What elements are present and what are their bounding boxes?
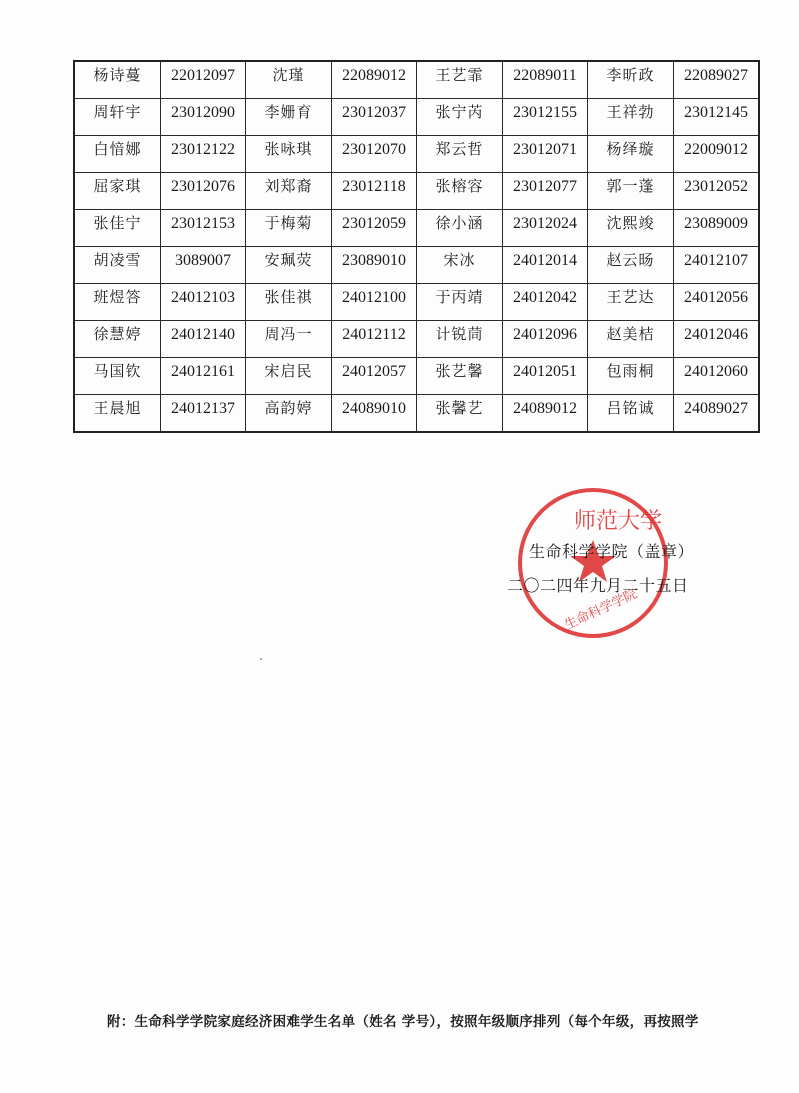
table-row: 白愔娜23012122张咏琪23012070郑云哲23012071杨绎璇2200… <box>74 136 759 173</box>
table-row: 马国钦24012161宋启民24012057张艺馨24012051包雨桐2401… <box>74 358 759 395</box>
student-id-cell: 23012024 <box>503 210 588 247</box>
footer-note: 附：生命科学学院家庭经济困难学生名单（姓名 学号），按照年级顺序排列（每个年级，… <box>107 1010 699 1030</box>
student-name-cell: 王晨旭 <box>74 395 161 433</box>
student-name: 周轩宇 <box>75 99 160 120</box>
student-id-cell: 24012107 <box>674 247 760 284</box>
student-id: 24089027 <box>674 395 758 416</box>
student-id-cell: 24012096 <box>503 321 588 358</box>
student-name-cell: 王祥勃 <box>588 99 674 136</box>
student-id-cell: 23089009 <box>674 210 760 247</box>
student-name-cell: 张榕容 <box>417 173 503 210</box>
student-id-cell: 24012042 <box>503 284 588 321</box>
student-id: 24012014 <box>503 247 587 268</box>
student-id-cell: 24012137 <box>161 395 246 433</box>
student-id-cell: 22089011 <box>503 61 588 99</box>
student-name-cell: 张宁芮 <box>417 99 503 136</box>
student-name: 于丙靖 <box>417 284 502 305</box>
student-id: 23089009 <box>674 210 758 231</box>
student-name-cell: 屈家琪 <box>74 173 161 210</box>
student-name-cell: 李姗育 <box>246 99 332 136</box>
student-id-cell: 24089012 <box>503 395 588 433</box>
student-id: 23012145 <box>674 99 758 120</box>
student-id-cell: 22009012 <box>674 136 760 173</box>
student-name: 王艺霏 <box>417 62 502 83</box>
student-name: 李姗育 <box>246 99 331 120</box>
student-id-cell: 23089010 <box>332 247 417 284</box>
scan-speck <box>260 658 262 660</box>
student-id-cell: 22012097 <box>161 61 246 99</box>
student-id-cell: 24012046 <box>674 321 760 358</box>
student-id: 24012137 <box>161 395 245 416</box>
student-id: 24012112 <box>332 321 416 342</box>
student-name-cell: 张佳宁 <box>74 210 161 247</box>
student-id: 23089010 <box>332 247 416 268</box>
student-name-cell: 张咏琪 <box>246 136 332 173</box>
student-name-cell: 刘郑裔 <box>246 173 332 210</box>
student-id-cell: 24089010 <box>332 395 417 433</box>
student-id: 23012153 <box>161 210 245 231</box>
student-id-cell: 24012161 <box>161 358 246 395</box>
student-name: 计锐茼 <box>417 321 502 342</box>
student-roster-table: 杨诗蔓22012097沈瑾22089012王艺霏22089011李昕政22089… <box>73 60 760 433</box>
table-row: 杨诗蔓22012097沈瑾22089012王艺霏22089011李昕政22089… <box>74 61 759 99</box>
student-name: 宋启民 <box>246 358 331 379</box>
student-name: 杨诗蔓 <box>75 62 160 83</box>
signing-date: 二〇二四年九月二十五日 <box>507 569 737 603</box>
student-name-cell: 李昕政 <box>588 61 674 99</box>
student-name: 张咏琪 <box>246 136 331 157</box>
student-id: 24012096 <box>503 321 587 342</box>
student-name: 屈家琪 <box>75 173 160 194</box>
student-id: 22012097 <box>161 62 245 83</box>
student-id-cell: 23012145 <box>674 99 760 136</box>
student-id-cell: 22089012 <box>332 61 417 99</box>
student-id-cell: 23012090 <box>161 99 246 136</box>
student-name: 张榕容 <box>417 173 502 194</box>
student-id-cell: 24012100 <box>332 284 417 321</box>
student-name: 张宁芮 <box>417 99 502 120</box>
student-name: 宋冰 <box>417 247 502 268</box>
student-id: 24012060 <box>674 358 758 379</box>
student-name-cell: 胡凌雪 <box>74 247 161 284</box>
student-name: 郭一蓬 <box>588 173 673 194</box>
student-id: 23012070 <box>332 136 416 157</box>
student-name: 班煜答 <box>75 284 160 305</box>
table-row: 屈家琪23012076刘郑裔23012118张榕容23012077郭一蓬2301… <box>74 173 759 210</box>
student-name: 赵美桔 <box>588 321 673 342</box>
student-name: 赵云旸 <box>588 247 673 268</box>
student-name: 张馨艺 <box>417 395 502 416</box>
student-id-cell: 23012077 <box>503 173 588 210</box>
student-id: 23012059 <box>332 210 416 231</box>
student-id: 23012024 <box>503 210 587 231</box>
student-name: 王晨旭 <box>75 395 160 416</box>
student-name: 郑云哲 <box>417 136 502 157</box>
table-row: 张佳宁23012153于梅菊23012059徐小涵23012024沈熙竣2308… <box>74 210 759 247</box>
student-id-cell: 23012118 <box>332 173 417 210</box>
student-name-cell: 宋启民 <box>246 358 332 395</box>
table-row: 班煜答24012103张佳祺24012100于丙靖24012042王艺达2401… <box>74 284 759 321</box>
student-name-cell: 郑云哲 <box>417 136 503 173</box>
student-id: 3089007 <box>161 247 245 268</box>
student-id: 24012140 <box>161 321 245 342</box>
student-name-cell: 赵美桔 <box>588 321 674 358</box>
student-id: 23012052 <box>674 173 758 194</box>
student-name: 马国钦 <box>75 358 160 379</box>
student-id-cell: 23012076 <box>161 173 246 210</box>
student-name: 于梅菊 <box>246 210 331 231</box>
student-name-cell: 徐小涵 <box>417 210 503 247</box>
student-name-cell: 沈瑾 <box>246 61 332 99</box>
student-name-cell: 王艺霏 <box>417 61 503 99</box>
student-name-cell: 班煜答 <box>74 284 161 321</box>
student-id: 24012051 <box>503 358 587 379</box>
student-id-cell: 23012071 <box>503 136 588 173</box>
student-id: 24089012 <box>503 395 587 416</box>
student-id: 23012071 <box>503 136 587 157</box>
student-name: 徐慧婷 <box>75 321 160 342</box>
student-name: 胡凌雪 <box>75 247 160 268</box>
student-id-cell: 23012052 <box>674 173 760 210</box>
student-name-cell: 徐慧婷 <box>74 321 161 358</box>
student-id-cell: 23012122 <box>161 136 246 173</box>
student-id-cell: 24012060 <box>674 358 760 395</box>
student-id-cell: 23012059 <box>332 210 417 247</box>
student-name-cell: 包雨桐 <box>588 358 674 395</box>
student-id-cell: 23012155 <box>503 99 588 136</box>
student-name-cell: 吕铭诚 <box>588 395 674 433</box>
student-id-cell: 24089027 <box>674 395 760 433</box>
student-name-cell: 杨绎璇 <box>588 136 674 173</box>
student-id: 22009012 <box>674 136 758 157</box>
student-name: 张佳祺 <box>246 284 331 305</box>
student-name-cell: 马国钦 <box>74 358 161 395</box>
student-name-cell: 计锐茼 <box>417 321 503 358</box>
student-id-cell: 3089007 <box>161 247 246 284</box>
student-name-cell: 郭一蓬 <box>588 173 674 210</box>
student-id-cell: 24012057 <box>332 358 417 395</box>
student-name-cell: 张馨艺 <box>417 395 503 433</box>
student-name-cell: 宋冰 <box>417 247 503 284</box>
student-id: 24012100 <box>332 284 416 305</box>
student-id-cell: 24012051 <box>503 358 588 395</box>
student-name: 吕铭诚 <box>588 395 673 416</box>
table-row: 徐慧婷24012140周冯一24012112计锐茼24012096赵美桔2401… <box>74 321 759 358</box>
student-id: 23012155 <box>503 99 587 120</box>
student-id: 23012076 <box>161 173 245 194</box>
student-name: 张佳宁 <box>75 210 160 231</box>
student-name-cell: 张艺馨 <box>417 358 503 395</box>
student-name-cell: 高韵婷 <box>246 395 332 433</box>
student-id: 23012118 <box>332 173 416 194</box>
student-id: 23012090 <box>161 99 245 120</box>
student-name: 沈瑾 <box>246 62 331 83</box>
table-row: 胡凌雪3089007安珮荧23089010宋冰24012014赵云旸240121… <box>74 247 759 284</box>
student-id-cell: 24012140 <box>161 321 246 358</box>
student-name: 王祥勃 <box>588 99 673 120</box>
student-name-cell: 周冯一 <box>246 321 332 358</box>
student-id: 24012046 <box>674 321 758 342</box>
student-id-cell: 24012014 <box>503 247 588 284</box>
student-id-cell: 23012070 <box>332 136 417 173</box>
student-name: 白愔娜 <box>75 136 160 157</box>
student-id: 24012057 <box>332 358 416 379</box>
student-name: 高韵婷 <box>246 395 331 416</box>
student-name-cell: 安珮荧 <box>246 247 332 284</box>
student-id-cell: 24012112 <box>332 321 417 358</box>
student-name-cell: 张佳祺 <box>246 284 332 321</box>
student-name-cell: 赵云旸 <box>588 247 674 284</box>
student-name-cell: 于丙靖 <box>417 284 503 321</box>
student-name: 王艺达 <box>588 284 673 305</box>
student-id: 24012161 <box>161 358 245 379</box>
student-name: 安珮荧 <box>246 247 331 268</box>
table-row: 王晨旭24012137高韵婷24089010张馨艺24089012吕铭诚2408… <box>74 395 759 433</box>
table-row: 周轩宇23012090李姗育23012037张宁芮23012155王祥勃2301… <box>74 99 759 136</box>
student-id: 24089010 <box>332 395 416 416</box>
student-id: 22089012 <box>332 62 416 83</box>
student-id: 24012056 <box>674 284 758 305</box>
student-id: 23012077 <box>503 173 587 194</box>
student-name: 张艺馨 <box>417 358 502 379</box>
student-id: 24012107 <box>674 247 758 268</box>
student-id: 23012122 <box>161 136 245 157</box>
student-id: 22089027 <box>674 62 758 83</box>
student-id: 23012037 <box>332 99 416 120</box>
student-id-cell: 23012153 <box>161 210 246 247</box>
student-name-cell: 白愔娜 <box>74 136 161 173</box>
student-name-cell: 于梅菊 <box>246 210 332 247</box>
student-name-cell: 沈熙竣 <box>588 210 674 247</box>
signing-unit: 生命科学学院（盖章） <box>507 535 737 569</box>
student-id-cell: 24012056 <box>674 284 760 321</box>
student-name: 刘郑裔 <box>246 173 331 194</box>
signature-block: 生命科学学院（盖章） 二〇二四年九月二十五日 <box>507 535 737 603</box>
student-name: 沈熙竣 <box>588 210 673 231</box>
student-name-cell: 杨诗蔓 <box>74 61 161 99</box>
seal-top-text: 师范大学 <box>574 509 662 534</box>
student-id: 22089011 <box>503 62 587 83</box>
student-name: 包雨桐 <box>588 358 673 379</box>
student-name-cell: 王艺达 <box>588 284 674 321</box>
student-id-cell: 22089027 <box>674 61 760 99</box>
student-id: 24012042 <box>503 284 587 305</box>
student-name: 周冯一 <box>246 321 331 342</box>
student-name: 徐小涵 <box>417 210 502 231</box>
student-name: 杨绎璇 <box>588 136 673 157</box>
student-id-cell: 23012037 <box>332 99 417 136</box>
student-id-cell: 24012103 <box>161 284 246 321</box>
student-name-cell: 周轩宇 <box>74 99 161 136</box>
student-id: 24012103 <box>161 284 245 305</box>
student-name: 李昕政 <box>588 62 673 83</box>
